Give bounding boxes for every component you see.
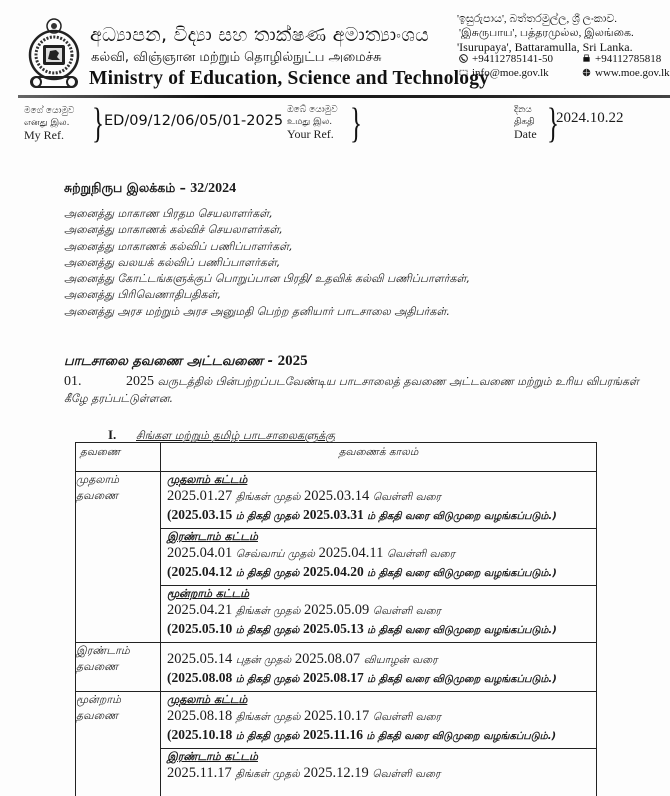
- date-label: දිනය திகதி Date: [514, 104, 537, 140]
- addressee: அனைத்து பிரிவெணாதிபதிகள்,: [64, 287, 470, 303]
- phase-start-day: திங்கள் முதல்: [236, 605, 301, 617]
- term-phase: முதலாம் கட்டம்2025.08.18 திங்கள் முதல் 2…: [161, 692, 596, 749]
- table-row: முதலாம் தவணைமுதலாம் கட்டம்2025.01.27 திங…: [76, 472, 597, 643]
- circular-label: சுற்றுநிருப இலக்கம் –: [64, 180, 186, 195]
- phase-start-date: 2025.04.01: [167, 545, 232, 561]
- phase-title: முதலாம் கட்டம்: [167, 693, 590, 707]
- term-phase: முதலாம் கட்டம்2025.01.27 திங்கள் முதல் 2…: [161, 472, 596, 529]
- holiday-end-date: 2025.03.31: [303, 507, 364, 522]
- holiday-text: ம் திகதி வரை விடுமுறை வழங்கப்படும்.): [364, 511, 557, 522]
- phase-start-day: செவ்வாய் முதல்: [236, 548, 315, 560]
- phase-title: மூன்றாம் கட்டம்: [167, 587, 590, 601]
- brace-divider: }: [350, 103, 362, 145]
- addressee: அனைத்து மாகாணக் கல்விச் செயலாளர்கள்,: [64, 222, 470, 238]
- phase-end-day: வெள்ளி வரை: [373, 711, 441, 723]
- email-icon: [459, 68, 468, 77]
- letterhead-divider: [18, 95, 670, 98]
- address-sinhala: 'ඉසුරුපාය', බත්තරමුල්ල, ශ්‍රී ලංකාව.: [457, 13, 617, 26]
- addressee: அனைத்து கோட்டங்களுக்குப் பொறுப்பான பிரதி…: [64, 271, 470, 287]
- my-ref-label: මගේ යොමුව எனது இல. My Ref.: [24, 105, 74, 141]
- holiday-text: ம் திகதி முதல்: [232, 511, 303, 522]
- phase-start-date: 2025.05.14: [167, 651, 232, 667]
- holiday-note: (2025.04.12 ம் திகதி முதல் 2025.04.20 ம்…: [167, 563, 590, 583]
- phase-start-date: 2025.11.17: [167, 765, 232, 781]
- phase-title: முதலாம் கட்டம்: [167, 473, 590, 487]
- phase-start-date: 2025.04.21: [167, 602, 232, 618]
- date-label-english: Date: [514, 128, 537, 140]
- phone-number: +94112785141-50: [472, 53, 553, 65]
- phase-dates: 2025.11.17 திங்கள் முதல் 2025.12.19 வெள்…: [167, 764, 590, 783]
- phase-start-date: 2025.08.18: [167, 708, 232, 724]
- fax-number: +94112785818: [595, 53, 661, 65]
- phase-end-day: வெள்ளி வரை: [373, 605, 441, 617]
- holiday-text: ம் திகதி முதல்: [232, 568, 303, 579]
- brace-divider: }: [92, 103, 104, 145]
- paragraph-number: 01.: [64, 373, 126, 390]
- phase-dates: 2025.05.14 புதன் முதல் 2025.08.07 வியாழன…: [167, 650, 590, 669]
- ministry-name-tamil: கல்வி, விஞ்ஞான மற்றும் தொழில்நுட்ப அமைச்…: [91, 50, 381, 66]
- table-row: இரண்டாம் தவணை2025.05.14 புதன் முதல் 2025…: [76, 643, 597, 692]
- phase-end-date: 2025.08.07: [295, 651, 360, 667]
- section-title: பாடசாலை தவணை அட்டவணை - 2025: [64, 353, 308, 370]
- phase-end-day: வெள்ளி வரை: [387, 548, 455, 560]
- holiday-note: (2025.10.18 ம் திகதி முதல் 2025.11.16 ம்…: [167, 726, 590, 746]
- intro-paragraph: 01.2025 வருடத்தில் பின்பற்றப்படவேண்டிய ப…: [64, 373, 654, 407]
- phase-end-day: வெள்ளி வரை: [373, 491, 441, 503]
- holiday-text: ம் திகதி வரை விடுமுறை வழங்கப்படும்.): [363, 731, 556, 742]
- term-schedule-table: தவணை தவணைக் காலம் முதலாம் தவணைமுதலாம் கட…: [75, 442, 597, 796]
- term-name: மூன்றாம் தவணை: [76, 692, 161, 796]
- phase-dates: 2025.04.21 திங்கள் முதல் 2025.05.09 வெள்…: [167, 601, 590, 620]
- my-ref-value: ED/09/12/06/05/01-2025: [104, 113, 283, 129]
- term-name: இரண்டாம் தவணை: [76, 643, 161, 692]
- fax-contact: +94112785818: [582, 53, 661, 65]
- phase-start-day: திங்கள் முதல்: [236, 711, 301, 723]
- ministry-name-english: Ministry of Education, Science and Techn…: [89, 68, 489, 90]
- phase-end-day: வியாழன் வரை: [364, 654, 438, 666]
- circular-number-value: 32/2024: [190, 181, 236, 196]
- holiday-note: (2025.05.10 ம் திகதி முதல் 2025.05.13 ம்…: [167, 620, 590, 640]
- phase-title: இரண்டாம் கட்டம்: [167, 750, 590, 764]
- term-period-cell: முதலாம் கட்டம்2025.08.18 திங்கள் முதல் 2…: [161, 692, 597, 796]
- table-row: மூன்றாம் தவணைமுதலாம் கட்டம்2025.08.18 தி…: [76, 692, 597, 796]
- email-address[interactable]: info@moe.gov.lk: [472, 67, 549, 79]
- addressee-list: அனைத்து மாகாண பிரதம செயலாளர்கள், அனைத்து…: [64, 206, 470, 320]
- holiday-text: ம் திகதி முதல்: [232, 674, 303, 685]
- holiday-text: ம் திகதி வரை விடுமுறை வழங்கப்படும்.): [364, 674, 557, 685]
- section-title-text: பாடசாலை தவணை அட்டவணை -: [64, 354, 273, 369]
- phase-title: இரண்டாம் கட்டம்: [167, 530, 590, 544]
- phase-end-date: 2025.12.19: [304, 765, 369, 781]
- header-term-period: தவணைக் காலம்: [161, 443, 597, 472]
- your-ref-label-english: Your Ref.: [287, 128, 338, 140]
- holiday-text: ம் திகதி வரை விடுமுறை வழங்கப்படும்.): [364, 568, 557, 579]
- date-value: 2024.10.22: [556, 110, 624, 127]
- phase-start-date: 2025.01.27: [167, 488, 232, 504]
- sri-lanka-state-emblem-icon: [26, 17, 82, 91]
- address-tamil: 'இசுருபாய', பத்தரமுல்ல, இலங்கை.: [459, 27, 634, 41]
- term-phase: இரண்டாம் கட்டம்2025.11.17 திங்கள் முதல் …: [161, 749, 596, 796]
- phase-end-date: 2025.03.14: [304, 488, 369, 504]
- term-phase: 2025.05.14 புதன் முதல் 2025.08.07 வியாழன…: [161, 643, 596, 691]
- phase-end-date: 2025.05.09: [304, 602, 369, 618]
- header-term: தவணை: [76, 443, 161, 472]
- your-ref-label: ඔබේ යොමුව உமது இல. Your Ref.: [287, 104, 338, 140]
- phase-start-day: திங்கள் முதல்: [236, 491, 301, 503]
- phase-start-day: புதன் முதல்: [236, 654, 291, 666]
- addressee: அனைத்து மாகாணக் கல்விப் பணிப்பாளர்கள்,: [64, 239, 470, 255]
- phase-end-date: 2025.10.17: [304, 708, 369, 724]
- section-title-year: 2025: [278, 353, 308, 369]
- term-phase: மூன்றாம் கட்டம்2025.04.21 திங்கள் முதல் …: [161, 586, 596, 642]
- phone-contact: +94112785141-50: [459, 53, 553, 65]
- website-url[interactable]: www.moe.gov.lk: [595, 67, 670, 79]
- circular-number: சுற்றுநிருப இலக்கம் – 32/2024: [64, 180, 236, 197]
- phase-end-date: 2025.04.11: [319, 545, 384, 561]
- website-contact: www.moe.gov.lk: [582, 67, 670, 79]
- addressee: அனைத்து மாகாண பிரதம செயலாளர்கள்,: [64, 206, 470, 222]
- my-ref-label-english: My Ref.: [24, 129, 74, 141]
- holiday-end-date: 2025.11.16: [303, 727, 363, 742]
- holiday-text: ம் திகதி முதல்: [232, 731, 303, 742]
- phase-start-day: திங்கள் முதல்: [235, 768, 300, 780]
- term-name: முதலாம் தவணை: [76, 472, 161, 643]
- holiday-end-date: 2025.04.20: [303, 564, 364, 579]
- subheading-numeral: I.: [108, 427, 136, 443]
- holiday-end-date: 2025.08.17: [303, 670, 364, 685]
- phone-icon: [459, 54, 468, 63]
- holiday-text: ம் திகதி வரை விடுமுறை வழங்கப்படும்.): [364, 625, 557, 636]
- addressee: அனைத்து அரச மற்றும் அரச அனுமதி பெற்ற தனி…: [64, 304, 470, 320]
- holiday-start-date: 2025.08.08: [172, 670, 233, 685]
- phase-dates: 2025.01.27 திங்கள் முதல் 2025.03.14 வெள்…: [167, 487, 590, 506]
- phase-dates: 2025.04.01 செவ்வாய் முதல் 2025.04.11 வெள…: [167, 544, 590, 563]
- term-period-cell: 2025.05.14 புதன் முதல் 2025.08.07 வியாழன…: [161, 643, 597, 692]
- addressee: அனைத்து வலயக் கல்விப் பணிப்பாளர்கள்,: [64, 255, 470, 271]
- table-header-row: தவணை தவணைக் காலம்: [76, 443, 597, 472]
- my-ref-label-sinhala: මගේ යොමුව: [24, 105, 74, 117]
- holiday-start-date: 2025.10.18: [172, 727, 233, 742]
- ministry-name-sinhala: අධ්‍යාපන, විද්‍යා සහ තාක්ෂණ අමාත්‍යාංශය: [90, 24, 429, 46]
- phase-dates: 2025.08.18 திங்கள் முதல் 2025.10.17 வெள்…: [167, 707, 590, 726]
- paragraph-year: 2025: [126, 374, 154, 389]
- your-ref-label-sinhala: ඔබේ යොමුව: [287, 104, 338, 116]
- holiday-note: (2025.08.08 ம் திகதி முதல் 2025.08.17 ம்…: [167, 669, 590, 689]
- holiday-note: (2025.03.15 ம் திகதி முதல் 2025.03.31 ம்…: [167, 506, 590, 526]
- globe-icon: [582, 68, 591, 77]
- holiday-start-date: 2025.04.12: [172, 564, 233, 579]
- holiday-start-date: 2025.05.10: [172, 621, 233, 636]
- term-period-cell: முதலாம் கட்டம்2025.01.27 திங்கள் முதல் 2…: [161, 472, 597, 643]
- holiday-end-date: 2025.05.13: [303, 621, 364, 636]
- fax-icon: [582, 54, 591, 63]
- email-contact: info@moe.gov.lk: [459, 67, 549, 79]
- term-phase: இரண்டாம் கட்டம்2025.04.01 செவ்வாய் முதல்…: [161, 529, 596, 586]
- date-label-sinhala: දිනය: [514, 104, 537, 116]
- subheading-text: சிங்கள மற்றும் தமிழ் பாடசாலைகளுக்கு: [136, 429, 335, 442]
- holiday-start-date: 2025.03.15: [172, 507, 233, 522]
- holiday-text: ம் திகதி முதல்: [232, 625, 303, 636]
- phase-end-day: வெள்ளி வரை: [372, 768, 440, 780]
